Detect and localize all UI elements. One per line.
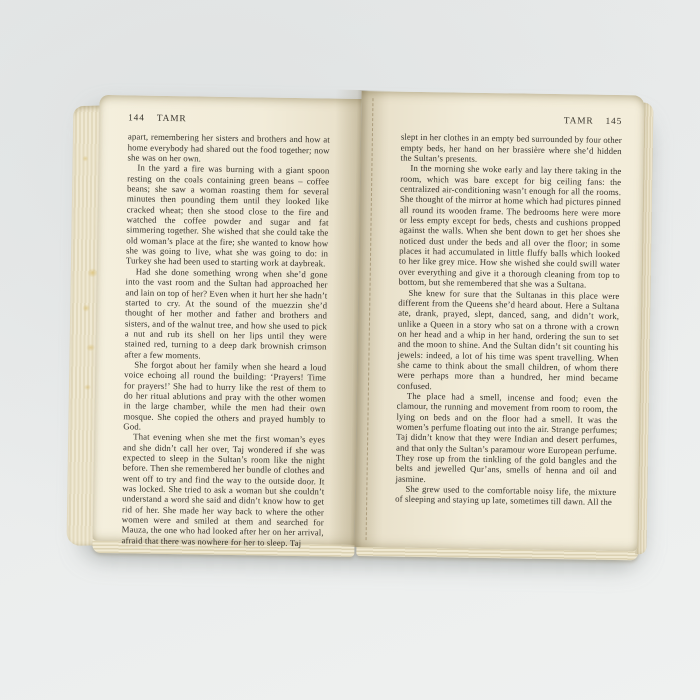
left-page-text-block: 144 TAMR apart, remembering her sisters … <box>121 113 330 548</box>
right-page-header: TAMR 145 <box>401 114 622 128</box>
left-running-title: TAMR <box>157 114 187 125</box>
left-paragraph-1: apart, remembering her sisters and broth… <box>127 132 329 166</box>
open-book: 144 TAMR apart, remembering her sisters … <box>64 79 653 562</box>
left-paragraph-3: Had she done something wrong when she’d … <box>124 266 327 362</box>
left-paragraph-2: In the yard a fire was burning with a gi… <box>126 163 330 270</box>
right-paragraph-1: slept in her clothes in an empty bed sur… <box>400 132 621 166</box>
book-gutter-shadow <box>328 90 389 548</box>
left-paragraph-4: She forgot about her family when she hea… <box>123 359 326 435</box>
right-page-text-block: TAMR 145 slept in her clothes in an empt… <box>395 114 622 508</box>
right-paragraph-2: In the morning she woke early and lay th… <box>399 163 622 291</box>
photo-background: 144 TAMR apart, remembering her sisters … <box>0 0 700 700</box>
left-page-header: 144 TAMR <box>128 113 330 127</box>
right-page-number: 145 <box>605 117 622 128</box>
left-paragraph-5: That evening when she met the first woma… <box>121 432 325 549</box>
right-running-title: TAMR <box>564 116 594 127</box>
left-page-number: 144 <box>128 113 145 124</box>
right-paragraph-4: The place had a smell, incense and food;… <box>395 391 617 488</box>
right-paragraph-3: She knew for sure that the Sultanas in t… <box>397 287 620 394</box>
right-paragraph-5: She grew used to the comfortable noisy l… <box>395 484 616 508</box>
